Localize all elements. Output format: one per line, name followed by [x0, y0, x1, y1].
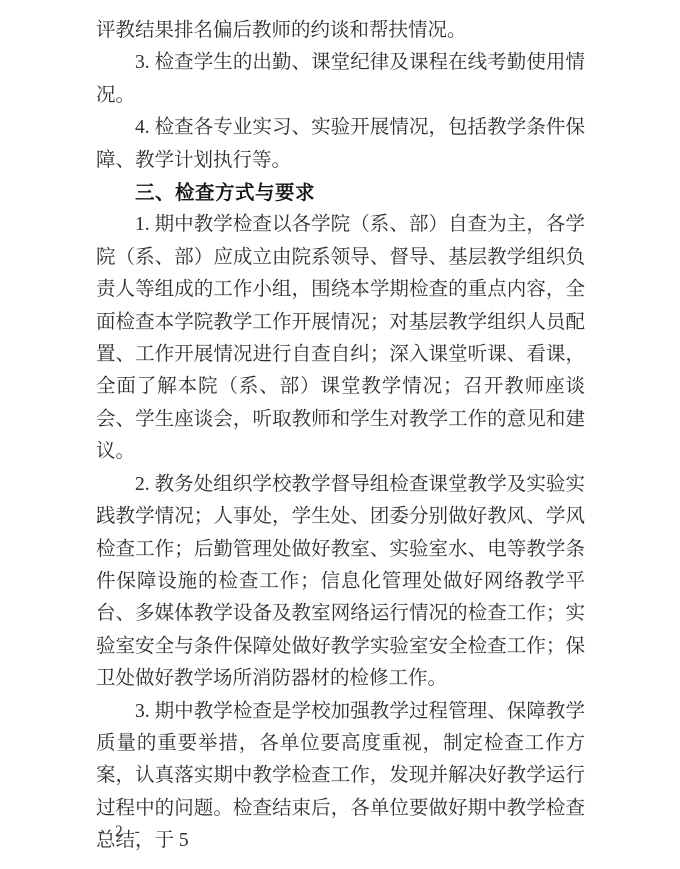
document-body: 评教结果排名偏后教师的约谈和帮扶情况。 3. 检查学生的出勤、课堂纪律及课程在线…	[96, 15, 585, 858]
paragraph-requirement-3: 3. 期中教学检查是学校加强教学过程管理、保障教学质量的重要举措，各单位要高度重…	[96, 696, 585, 858]
paragraph-item-4: 4. 检查各专业实习、实验开展情况，包括教学条件保障、教学计划执行等。	[96, 112, 585, 177]
paragraph-item-3: 3. 检查学生的出勤、课堂纪律及课程在线考勤使用情况。	[96, 47, 585, 112]
paragraph-continuation: 评教结果排名偏后教师的约谈和帮扶情况。	[96, 15, 585, 47]
paragraph-requirement-2: 2. 教务处组织学校教学督导组检查课堂教学及实验实践教学情况；人事处，学生处、团…	[96, 469, 585, 696]
paragraph-requirement-1: 1. 期中教学检查以各学院（系、部）自查为主，各学院（系、部）应成立由院系领导、…	[96, 209, 585, 468]
document-page: 评教结果排名偏后教师的约谈和帮扶情况。 3. 检查学生的出勤、课堂纪律及课程在线…	[0, 0, 680, 869]
section-heading: 三、检查方式与要求	[96, 177, 585, 209]
page-number: - 2 -	[98, 822, 144, 842]
